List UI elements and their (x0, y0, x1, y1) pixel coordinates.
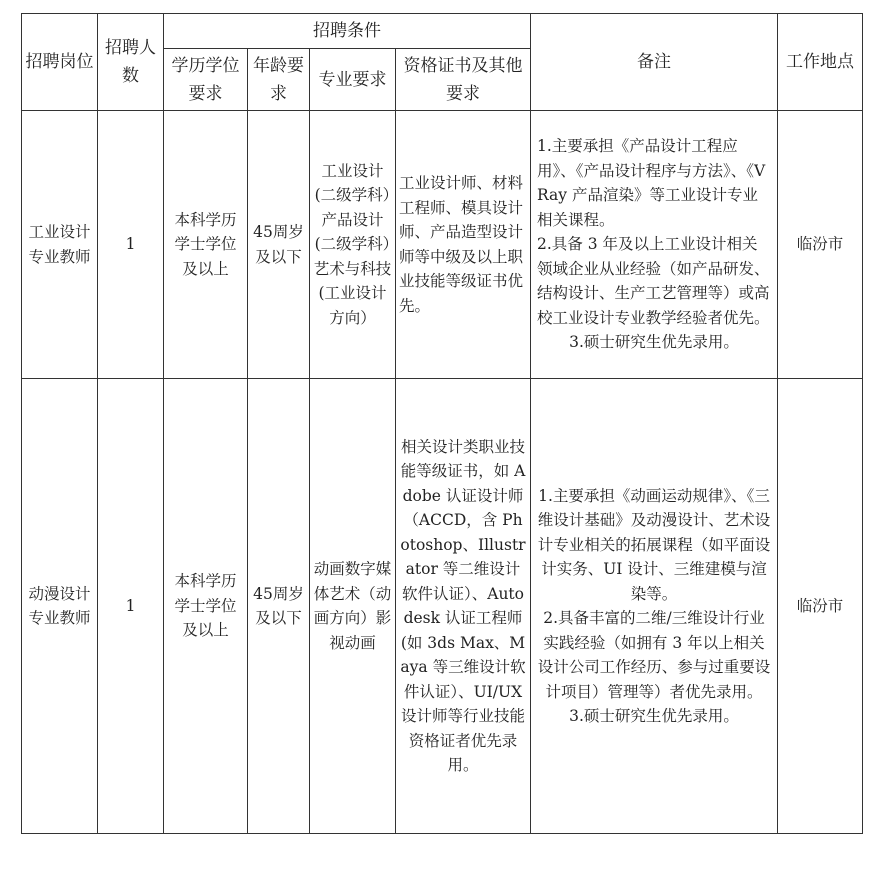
cell-location: 临汾市 (778, 111, 863, 379)
header-position: 招聘岗位 (22, 14, 98, 111)
cell-age: 45周岁及以下 (248, 111, 310, 379)
cell-major: 工业设计(二级学科）产品设计(二级学科）艺术与科技(工业设计方向） (310, 111, 396, 379)
cell-age: 45周岁及以下 (248, 379, 310, 834)
cell-position: 工业设计专业教师 (22, 111, 98, 379)
header-count: 招聘人数 (98, 14, 164, 111)
header-conditions-group: 招聘条件 (164, 14, 531, 49)
cell-major: 动画数字媒体艺术（动画方向）影视动画 (310, 379, 396, 834)
header-row: 招聘岗位 招聘人数 招聘条件 备注 工作地点 (22, 14, 863, 49)
cell-certificates: 工业设计师、材料工程师、模具设计师、产品造型设计师等中级及以上职业技能等级证书优… (396, 111, 531, 379)
cell-certificates: 相关设计类职业技能等级证书，如 Adobe 认证设计师（ACCD，含 Photo… (396, 379, 531, 834)
note-line: 1.主要承担《产品设计工程应用》、《产品设计程序与方法》、《VRay 产品渲染》… (537, 134, 771, 232)
header-certificates: 资格证书及其他要求 (396, 49, 531, 111)
recruitment-table: 招聘岗位 招聘人数 招聘条件 备注 工作地点 学历学位要求 年龄要求 专业要求 … (21, 13, 863, 834)
header-education: 学历学位要求 (164, 49, 248, 111)
header-notes: 备注 (531, 14, 778, 111)
cell-education: 本科学历学士学位及以上 (164, 111, 248, 379)
note-line: 1.主要承担《动画运动规律》、《三维设计基础》及动漫设计、艺术设计专业相关的拓展… (537, 484, 771, 607)
note-line: 2.具备丰富的二维/三维设计行业实践经验（如拥有 3 年以上相关设计公司工作经历… (537, 606, 771, 704)
cell-count: 1 (98, 379, 164, 834)
cell-education: 本科学历学士学位及以上 (164, 379, 248, 834)
cell-position: 动漫设计专业教师 (22, 379, 98, 834)
cell-notes: 1.主要承担《产品设计工程应用》、《产品设计程序与方法》、《VRay 产品渲染》… (531, 111, 778, 379)
note-line: 2.具备 3 年及以上工业设计相关领域企业从业经验（如产品研发、结构设计、生产工… (537, 232, 771, 330)
header-major: 专业要求 (310, 49, 396, 111)
table-row: 工业设计专业教师 1 本科学历学士学位及以上 45周岁及以下 工业设计(二级学科… (22, 111, 863, 379)
header-age: 年龄要求 (248, 49, 310, 111)
cell-notes: 1.主要承担《动画运动规律》、《三维设计基础》及动漫设计、艺术设计专业相关的拓展… (531, 379, 778, 834)
header-location: 工作地点 (778, 14, 863, 111)
cell-location: 临汾市 (778, 379, 863, 834)
table-row: 动漫设计专业教师 1 本科学历学士学位及以上 45周岁及以下 动画数字媒体艺术（… (22, 379, 863, 834)
note-line: 3.硕士研究生优先录用。 (537, 704, 771, 729)
cell-count: 1 (98, 111, 164, 379)
note-line: 3.硕士研究生优先录用。 (537, 330, 771, 355)
